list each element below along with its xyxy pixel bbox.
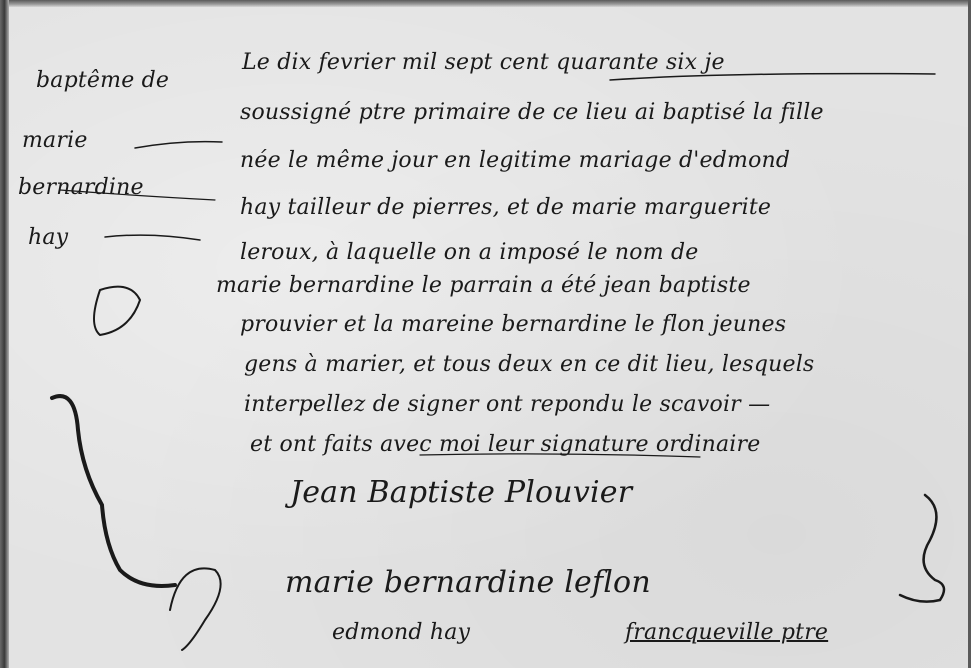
margin-note-line-2: marie: [22, 128, 88, 153]
entry-line-10: et ont faits avec moi leur signature ord…: [250, 432, 760, 457]
entry-line-6: marie bernardine le parrain a été jean b…: [216, 273, 751, 298]
signature-godmother: marie bernardine leflon: [285, 565, 651, 600]
signature-godfather: Jean Baptiste Plouvier: [290, 475, 632, 510]
register-page: baptême de marie bernardine hay Le dix f…: [0, 0, 971, 668]
signature-priest: francqueville ptre: [625, 620, 828, 645]
page-binding-edge: [0, 0, 9, 668]
entry-line-7: prouvier et la mareine bernardine le flo…: [240, 312, 786, 337]
margin-note-line-4: hay: [28, 225, 68, 250]
margin-note-line-3: bernardine: [18, 175, 144, 200]
entry-line-1: Le dix fevrier mil sept cent quarante si…: [242, 50, 725, 75]
margin-note-line-1: baptême de: [36, 68, 169, 93]
entry-line-9: interpellez de signer ont repondu le sca…: [244, 392, 770, 417]
entry-line-5: leroux, à laquelle on a imposé le nom de: [240, 240, 698, 265]
entry-line-4: hay tailleur de pierres, et de marie mar…: [240, 195, 771, 220]
entry-line-2: soussigné ptre primaire de ce lieu ai ba…: [240, 100, 824, 125]
signature-father: edmond hay: [332, 620, 470, 645]
entry-line-8: gens à marier, et tous deux en ce dit li…: [244, 352, 814, 377]
page-top-edge: [0, 0, 971, 7]
entry-line-3: née le même jour en legitime mariage d'e…: [240, 148, 790, 173]
